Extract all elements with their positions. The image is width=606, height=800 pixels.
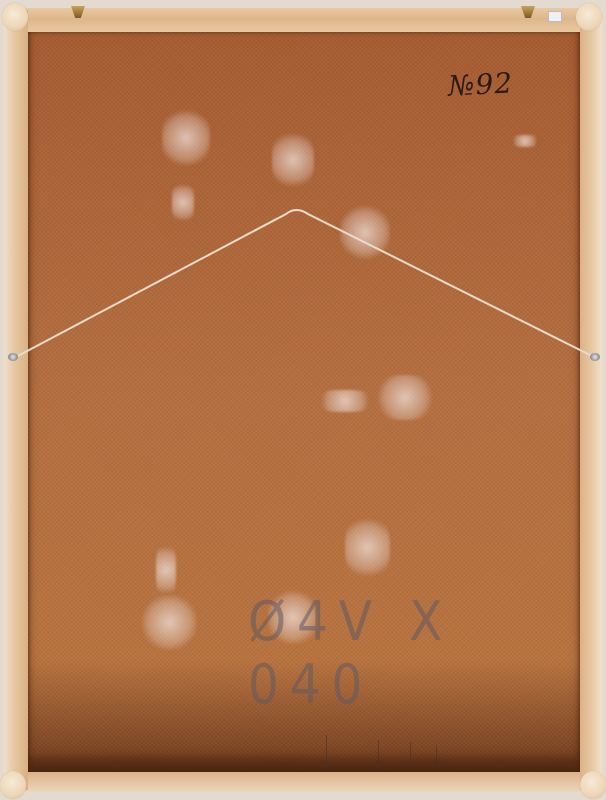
wire-screw-left-icon [8,353,18,361]
corner-peg-top-right [576,3,602,31]
corner-peg-bottom-left [0,771,26,799]
photo-back-of-painting: №92 Ø4V X 040 [0,0,606,800]
corner-peg-bottom-right [580,771,606,799]
corner-peg-top-left [2,3,28,31]
hanging-wire [0,0,606,800]
wire-screw-right-icon [590,353,600,361]
inventory-label-sticker [548,11,562,22]
